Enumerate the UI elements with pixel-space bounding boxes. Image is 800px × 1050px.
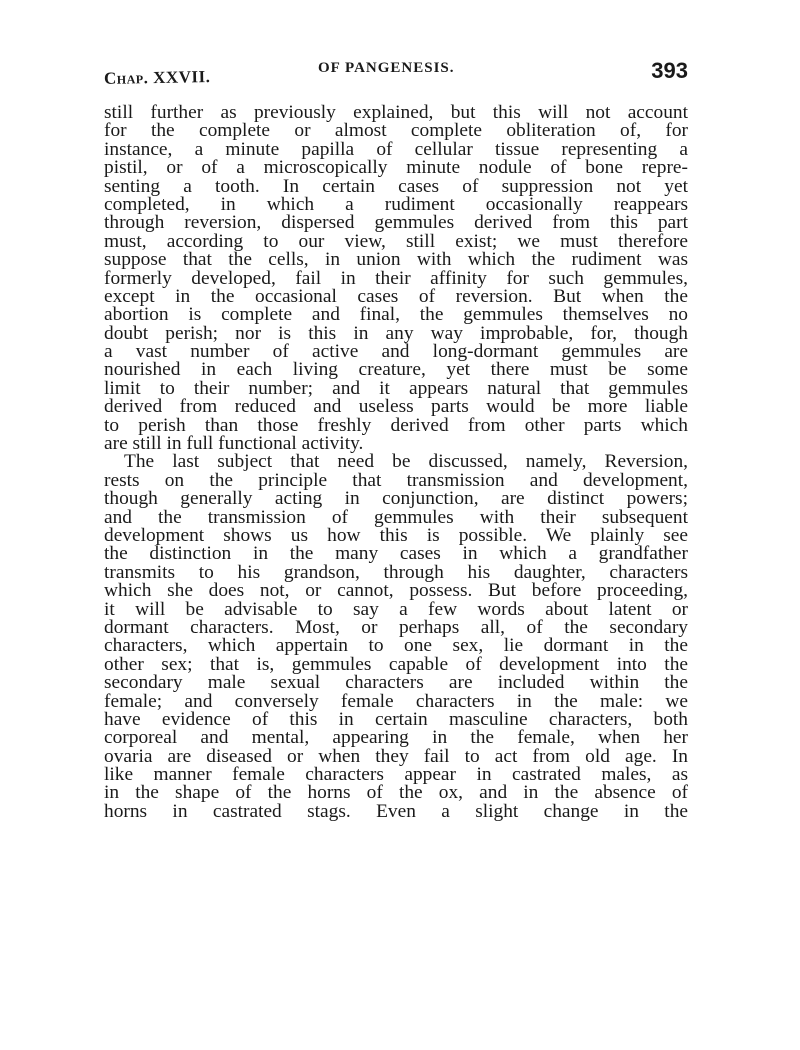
paragraph-1: still further as previously explained, b… [104,104,688,453]
running-head: Chap. XXVII. OF PANGENESIS. 393 [104,58,688,94]
text-line: horns in castrated stags. Even a slight … [104,803,688,821]
body-text: still further as previously explained, b… [104,104,688,821]
text-line: the distinction in the many cases in whi… [104,545,688,563]
text-line: suppose that the cells, in union with wh… [104,251,688,269]
chapter-label: Chap. XXVII. [104,67,211,89]
text-line: characters, which appertain to one sex, … [104,637,688,655]
text-line: secondary male sexual characters are inc… [104,674,688,692]
text-line: corporeal and mental, appearing in the f… [104,729,688,747]
text-line: derived from reduced and useless parts w… [104,398,688,416]
paragraph-2: The last subject that need be discussed,… [104,453,688,821]
running-title: OF PANGENESIS. [318,60,455,77]
book-page: Chap. XXVII. OF PANGENESIS. 393 still fu… [104,58,688,821]
chapter-prefix: Chap. [104,68,149,88]
text-line: though generally acting in conjunction, … [104,490,688,508]
chapter-numeral: XXVII. [153,67,211,87]
text-line: pistil, or of a microscopically minute n… [104,159,688,177]
text-line: which she does not, or cannot, possess. … [104,582,688,600]
text-line: through reversion, dispersed gemmules de… [104,214,688,232]
page-number: 393 [651,58,688,84]
text-line: abortion is complete and final, the gemm… [104,306,688,324]
